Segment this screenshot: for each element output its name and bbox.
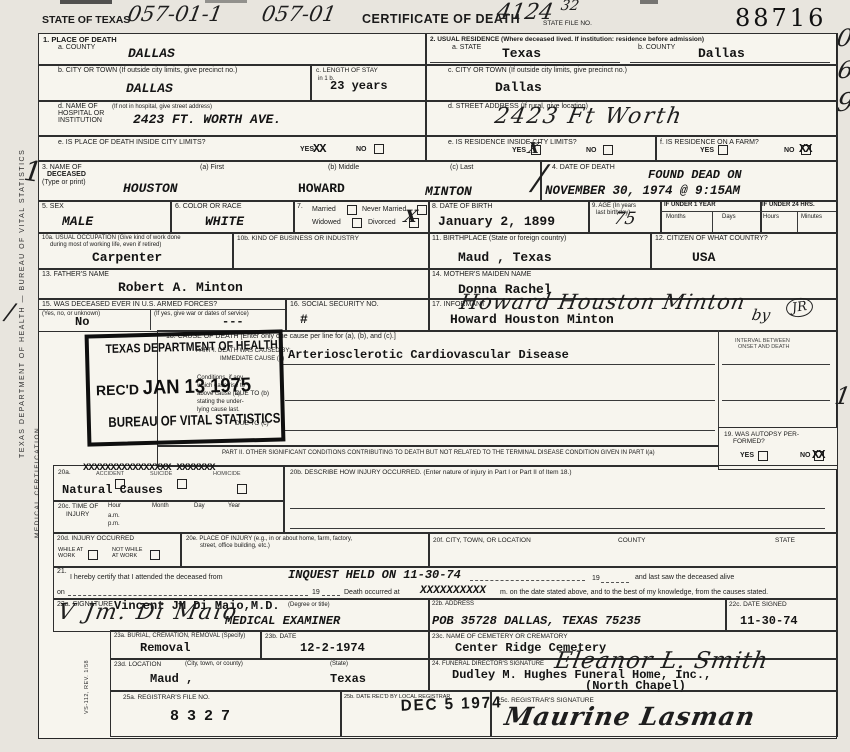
- state-of-texas-label: STATE OF TEXAS: [42, 14, 130, 26]
- homicide-checkbox: [237, 484, 247, 494]
- registrar-handwritten-signature: Maurine Lasman: [502, 702, 757, 731]
- burial-location-sublabel-city: (City, town, or county): [185, 661, 243, 668]
- date-of-death-value-line1: FOUND DEAD ON: [648, 168, 742, 182]
- manner-of-death-label: 20a.: [58, 469, 71, 476]
- residence-farm-no-label: NO: [784, 147, 795, 155]
- stamp-recd-label: REC'D: [96, 381, 139, 398]
- funeral-director-signature-label: 24. FUNERAL DIRECTOR'S SIGNATURE: [432, 661, 544, 668]
- kind-of-business-label: 10b. KIND OF BUSINESS OR INDUSTRY: [237, 235, 359, 242]
- city-of-death-label: b. CITY OR TOWN (If outside city limits,…: [58, 67, 237, 75]
- middle-name-value: HOWARD: [298, 181, 345, 196]
- autopsy-yes-label: YES: [740, 452, 754, 460]
- death-city-limits-yes-label: YES: [300, 146, 314, 154]
- physician-address-label: 22b. ADDRESS: [432, 601, 474, 608]
- armed-forces-value: No: [75, 315, 89, 329]
- death-city-limits-yes-mark: XX: [313, 142, 325, 156]
- widowed-checkbox: [352, 218, 362, 228]
- first-name-label: (a) First: [200, 164, 224, 172]
- date-of-birth-label: 8. DATE OF BIRTH: [432, 203, 492, 211]
- rule: [430, 62, 620, 63]
- never-married-option-label: Never Married: [362, 206, 406, 214]
- residence-city-label: c. CITY OR TOWN (If outside city limits,…: [448, 67, 627, 75]
- mothers-maiden-name-label: 14. MOTHER'S MAIDEN NAME: [432, 271, 531, 279]
- residence-county-value: Dallas: [698, 46, 745, 61]
- suicide-checkbox: [177, 479, 187, 489]
- death-certificate-scan: STATE OF TEXAS 057-01-1 057-01 CERTIFICA…: [0, 0, 850, 752]
- state-file-no-label: STATE FILE NO.: [543, 20, 592, 27]
- rule: [630, 62, 830, 63]
- certify-statement-2: and last saw the deceased alive: [635, 574, 734, 582]
- months-label: Months: [666, 214, 686, 221]
- pm-label: p.m.: [108, 521, 120, 528]
- married-checkbox: [347, 205, 357, 215]
- date-of-death-label: 4. DATE OF DEATH: [552, 164, 615, 172]
- not-while-at-work-label-2: AT WORK: [112, 553, 137, 559]
- if-under-1-year-label: IF UNDER 1 YEAR: [664, 202, 716, 209]
- rule: [285, 430, 715, 431]
- usual-occupation-label-2: during most of working life, even if ret…: [50, 242, 161, 249]
- widowed-option-label: Widowed: [312, 219, 341, 227]
- place-of-injury-label-1: 20e. PLACE OF INJURY (e.g., in or about …: [186, 536, 352, 543]
- date-received-stamp: DEC 5 1974: [400, 694, 502, 716]
- time-of-injury-label-1: 20c. TIME OF: [58, 503, 98, 510]
- hour-label: Hour: [108, 503, 121, 510]
- death-occurred-time-x-marks: XXXXXXXXXX: [420, 585, 486, 597]
- registrar-file-no-value: 8327: [170, 708, 238, 725]
- hospital-name-sublabel: (If not in hospital, give street address…: [112, 104, 212, 111]
- minutes-label: Minutes: [801, 214, 822, 221]
- burial-type-label: 23a. BURIAL, CREMATION, REMOVAL (Specify…: [114, 633, 245, 640]
- injury-occurred-label: 20d. INJURY OCCURRED: [57, 535, 134, 542]
- usual-occupation-value: Carpenter: [92, 250, 162, 265]
- certificate-serial-number: 88716: [735, 4, 826, 32]
- residence-city-value: Dallas: [495, 80, 542, 95]
- rule: [285, 400, 715, 401]
- autopsy-no-mark: XX: [812, 448, 824, 462]
- cemetery-name-label: 23c. NAME OF CEMETERY OR CREMATORY: [432, 633, 568, 640]
- injury-city-label: 20f. CITY, TOWN, OR LOCATION: [433, 537, 531, 544]
- place-of-injury-label-2: street, office building, etc.): [200, 543, 270, 550]
- rule: [712, 211, 713, 232]
- month-label: Month: [152, 503, 169, 510]
- handwritten-file-code-super: 32: [560, 0, 581, 14]
- rule: [797, 211, 798, 232]
- attended-from-value: INQUEST HELD ON 11-30-74: [288, 568, 461, 582]
- manner-options-strikeout-xs: XXXXXXXXXXXXXXXX XXXXXXX: [83, 463, 215, 474]
- left-margin-agency-label: TEXAS DEPARTMENT OF HEALTH — BUREAU OF V…: [19, 58, 26, 458]
- informant-typed-name: Howard Houston Minton: [450, 312, 614, 327]
- certify-year-blank-2: 19: [312, 589, 320, 597]
- death-city-limits-no-label: NO: [356, 146, 367, 154]
- form-number-label: VS-112, REV. 1/58: [84, 618, 90, 714]
- length-of-stay-label: c. LENGTH OF STAY: [316, 67, 378, 74]
- name-of-deceased-label-3: (Type or print): [42, 179, 86, 187]
- handwritten-district-code-1: 057-01-1: [126, 2, 225, 26]
- rule: [760, 211, 836, 212]
- day-label: Day: [194, 503, 205, 510]
- sex-label: 5. SEX: [42, 203, 64, 211]
- autopsy-no-label: NO: [800, 452, 811, 460]
- informant-by-note: by: [750, 306, 771, 324]
- length-of-stay-value: 23 years: [330, 79, 388, 93]
- date-signed-value: 11-30-74: [740, 614, 798, 628]
- physician-address-value: POB 35728 DALLAS, TEXAS 75235: [432, 614, 641, 628]
- degree-or-title-label: (Degree or title): [288, 602, 330, 609]
- residence-farm-yes-label: YES: [700, 147, 714, 155]
- stamp-agency-line: TEXAS DEPARTMENT OF HEALTH: [105, 338, 258, 356]
- year-label: Year: [228, 503, 240, 510]
- while-at-work-label-2: WORK: [58, 553, 75, 559]
- certify-on-label: on: [57, 589, 65, 597]
- homicide-option-label: HOMICIDE: [213, 471, 241, 477]
- burial-date-label: 23b. DATE: [265, 633, 296, 640]
- residence-city-limits-yes-label: YES: [512, 147, 526, 155]
- hospital-name-label-3: INSTITUTION: [58, 117, 102, 125]
- stamp-bureau-line: BUREAU OF VITAL STATISTICS: [108, 410, 259, 430]
- residence-state-value: Texas: [502, 46, 541, 61]
- name-of-deceased-label-2: DECEASED: [47, 171, 86, 179]
- autopsy-label-2: FORMED?: [733, 438, 765, 445]
- medical-certification-section-label: MEDICAL CERTIFICATION: [34, 386, 41, 538]
- death-inside-city-limits-label: e. IS PLACE OF DEATH INSIDE CITY LIMITS?: [58, 139, 206, 147]
- birthplace-label: 11. BIRTHPLACE (State or foreign country…: [432, 235, 566, 243]
- residence-city-limits-no-checkbox: [603, 145, 613, 155]
- received-stamp: TEXAS DEPARTMENT OF HEALTH REC'D JAN 13 …: [85, 329, 286, 446]
- date-signed-label: 22c. DATE SIGNED: [729, 601, 787, 608]
- residence-on-farm-label: f. IS RESIDENCE ON A FARM?: [660, 139, 759, 147]
- interval-label-2: ONSET AND DEATH: [738, 344, 789, 350]
- burial-location-label: 23d. LOCATION: [114, 661, 161, 668]
- rule: [601, 582, 629, 583]
- rule: [290, 508, 825, 509]
- scan-artifact: [60, 0, 112, 4]
- not-while-at-work-checkbox: [150, 550, 160, 560]
- street-address-handwritten-value: 2423 Ft Worth: [493, 104, 685, 129]
- color-or-race-label: 6. COLOR OR RACE: [175, 203, 242, 211]
- hospital-or-address-value: 2423 FT. WORTH AVE.: [133, 112, 281, 127]
- fathers-name-value: Robert A. Minton: [118, 280, 243, 295]
- manner-of-death-value: Natural Causes: [62, 483, 163, 497]
- rule: [470, 580, 585, 581]
- armed-forces-service-value: ---: [222, 315, 244, 329]
- death-occurred-at-label: Death occurred at: [344, 589, 400, 597]
- last-name-label: (c) Last: [450, 164, 473, 172]
- middle-name-label: (b) Middle: [328, 164, 359, 172]
- certify-item-number: 21.: [57, 568, 67, 576]
- armed-forces-sublabel-1: (Yes, no, or unknown): [42, 311, 100, 318]
- certify-statement-1: I hereby certify that I attended the dec…: [70, 574, 223, 582]
- citizen-of-country-value: USA: [692, 250, 715, 265]
- rule: [283, 364, 715, 365]
- death-city-limits-no-checkbox: [374, 144, 384, 154]
- informant-initials-circled: JR: [785, 296, 814, 319]
- date-of-death-value-line2: NOVEMBER 30, 1974 @ 9:15AM: [545, 184, 740, 198]
- initials-circle: JR: [785, 296, 814, 319]
- certify-year-blank-1: 19: [592, 575, 600, 583]
- injury-state-label: STATE: [775, 537, 795, 544]
- registrar-file-no-label: 25a. REGISTRAR'S FILE NO.: [123, 694, 210, 701]
- handwritten-margin-code-bottom-left: 412,4: [0, 651, 7, 730]
- married-option-label: Married: [312, 206, 336, 214]
- date-of-birth-value: January 2, 1899: [438, 214, 555, 229]
- immediate-cause-value: Arteriosclerotic Cardiovascular Disease: [288, 348, 569, 362]
- time-of-injury-label-2: INJURY: [66, 511, 89, 518]
- county-of-death-value: DALLAS: [128, 46, 175, 61]
- usual-occupation-label-1: 10a. USUAL OCCUPATION (Give kind of work…: [42, 235, 181, 242]
- am-label: a.m.: [108, 513, 120, 520]
- burial-location-city-value: Maud ,: [150, 672, 193, 686]
- informant-handwritten-signature: Howard Houston Minton: [458, 290, 748, 314]
- burial-location-sublabel-state: (State): [330, 661, 348, 668]
- if-under-24-hrs-label: IF UNDER 24 HRS.: [762, 202, 815, 209]
- residence-city-limits-no-label: NO: [586, 147, 597, 155]
- part2-label: PART II. OTHER SIGNIFICANT CONDITIONS CO…: [222, 450, 655, 457]
- marital-status-label: 7.: [297, 203, 303, 211]
- city-of-death-value: DALLAS: [126, 81, 173, 96]
- age-handwritten-value: 75: [612, 209, 637, 229]
- scan-artifact: [640, 0, 658, 4]
- while-at-work-checkbox: [88, 550, 98, 560]
- rule: [722, 400, 830, 401]
- certify-statement-3: m. on the date stated above, and to the …: [500, 589, 768, 597]
- usual-residence-title: 2. USUAL RESIDENCE (Where deceased lived…: [430, 36, 704, 43]
- residence-city-limits-label: e. IS RESIDENCE INSIDE CITY LIMITS?: [448, 139, 577, 147]
- birthplace-value: Maud , Texas: [458, 250, 552, 265]
- last-name-value: MINTON: [425, 184, 472, 199]
- days-label: Days: [722, 214, 736, 221]
- hours-label: Hours: [763, 214, 779, 221]
- residence-farm-yes-checkbox: [718, 145, 728, 155]
- sex-value: MALE: [62, 214, 93, 229]
- social-security-value: #: [300, 312, 308, 327]
- handwritten-margin-mark-left-2: /: [4, 298, 17, 327]
- physician-handwritten-signature: V Jm. Di Maio: [56, 600, 241, 625]
- color-or-race-value: WHITE: [205, 214, 244, 229]
- residence-farm-no-mark: XX: [799, 142, 811, 156]
- stamp-date: JAN 13 1975: [142, 374, 251, 400]
- armed-forces-label: 15. WAS DECEASED EVER IN U.S. ARMED FORC…: [42, 301, 217, 309]
- residence-county-label: b. COUNTY: [638, 44, 675, 52]
- rule: [322, 595, 340, 596]
- handwritten-district-code-2: 057-01: [260, 2, 338, 26]
- burial-type-value: Removal: [140, 641, 190, 655]
- physician-title-value: MEDICAL EXAMINER: [225, 614, 340, 628]
- rule: [290, 528, 825, 529]
- rule: [68, 595, 308, 596]
- describe-injury-label: 20b. DESCRIBE HOW INJURY OCCURRED. (Ente…: [290, 469, 572, 476]
- rule: [722, 364, 830, 365]
- citizen-of-country-label: 12. CITIZEN OF WHAT COUNTRY?: [655, 235, 768, 243]
- divorced-option-label: Divorced: [368, 219, 396, 227]
- rule: [660, 211, 760, 212]
- first-name-value: HOUSTON: [123, 181, 178, 196]
- rule: [150, 309, 151, 330]
- burial-location-state-value: Texas: [330, 672, 366, 686]
- burial-date-value: 12-2-1974: [300, 641, 365, 655]
- social-security-label: 16. SOCIAL SECURITY NO.: [290, 301, 379, 309]
- autopsy-yes-checkbox: [758, 451, 768, 461]
- county-of-death-label: a. COUNTY: [58, 44, 95, 52]
- residence-state-label: a. STATE: [452, 44, 481, 52]
- rule: [38, 309, 285, 310]
- injury-county-label: COUNTY: [618, 537, 645, 544]
- fathers-name-label: 13. FATHER'S NAME: [42, 271, 109, 279]
